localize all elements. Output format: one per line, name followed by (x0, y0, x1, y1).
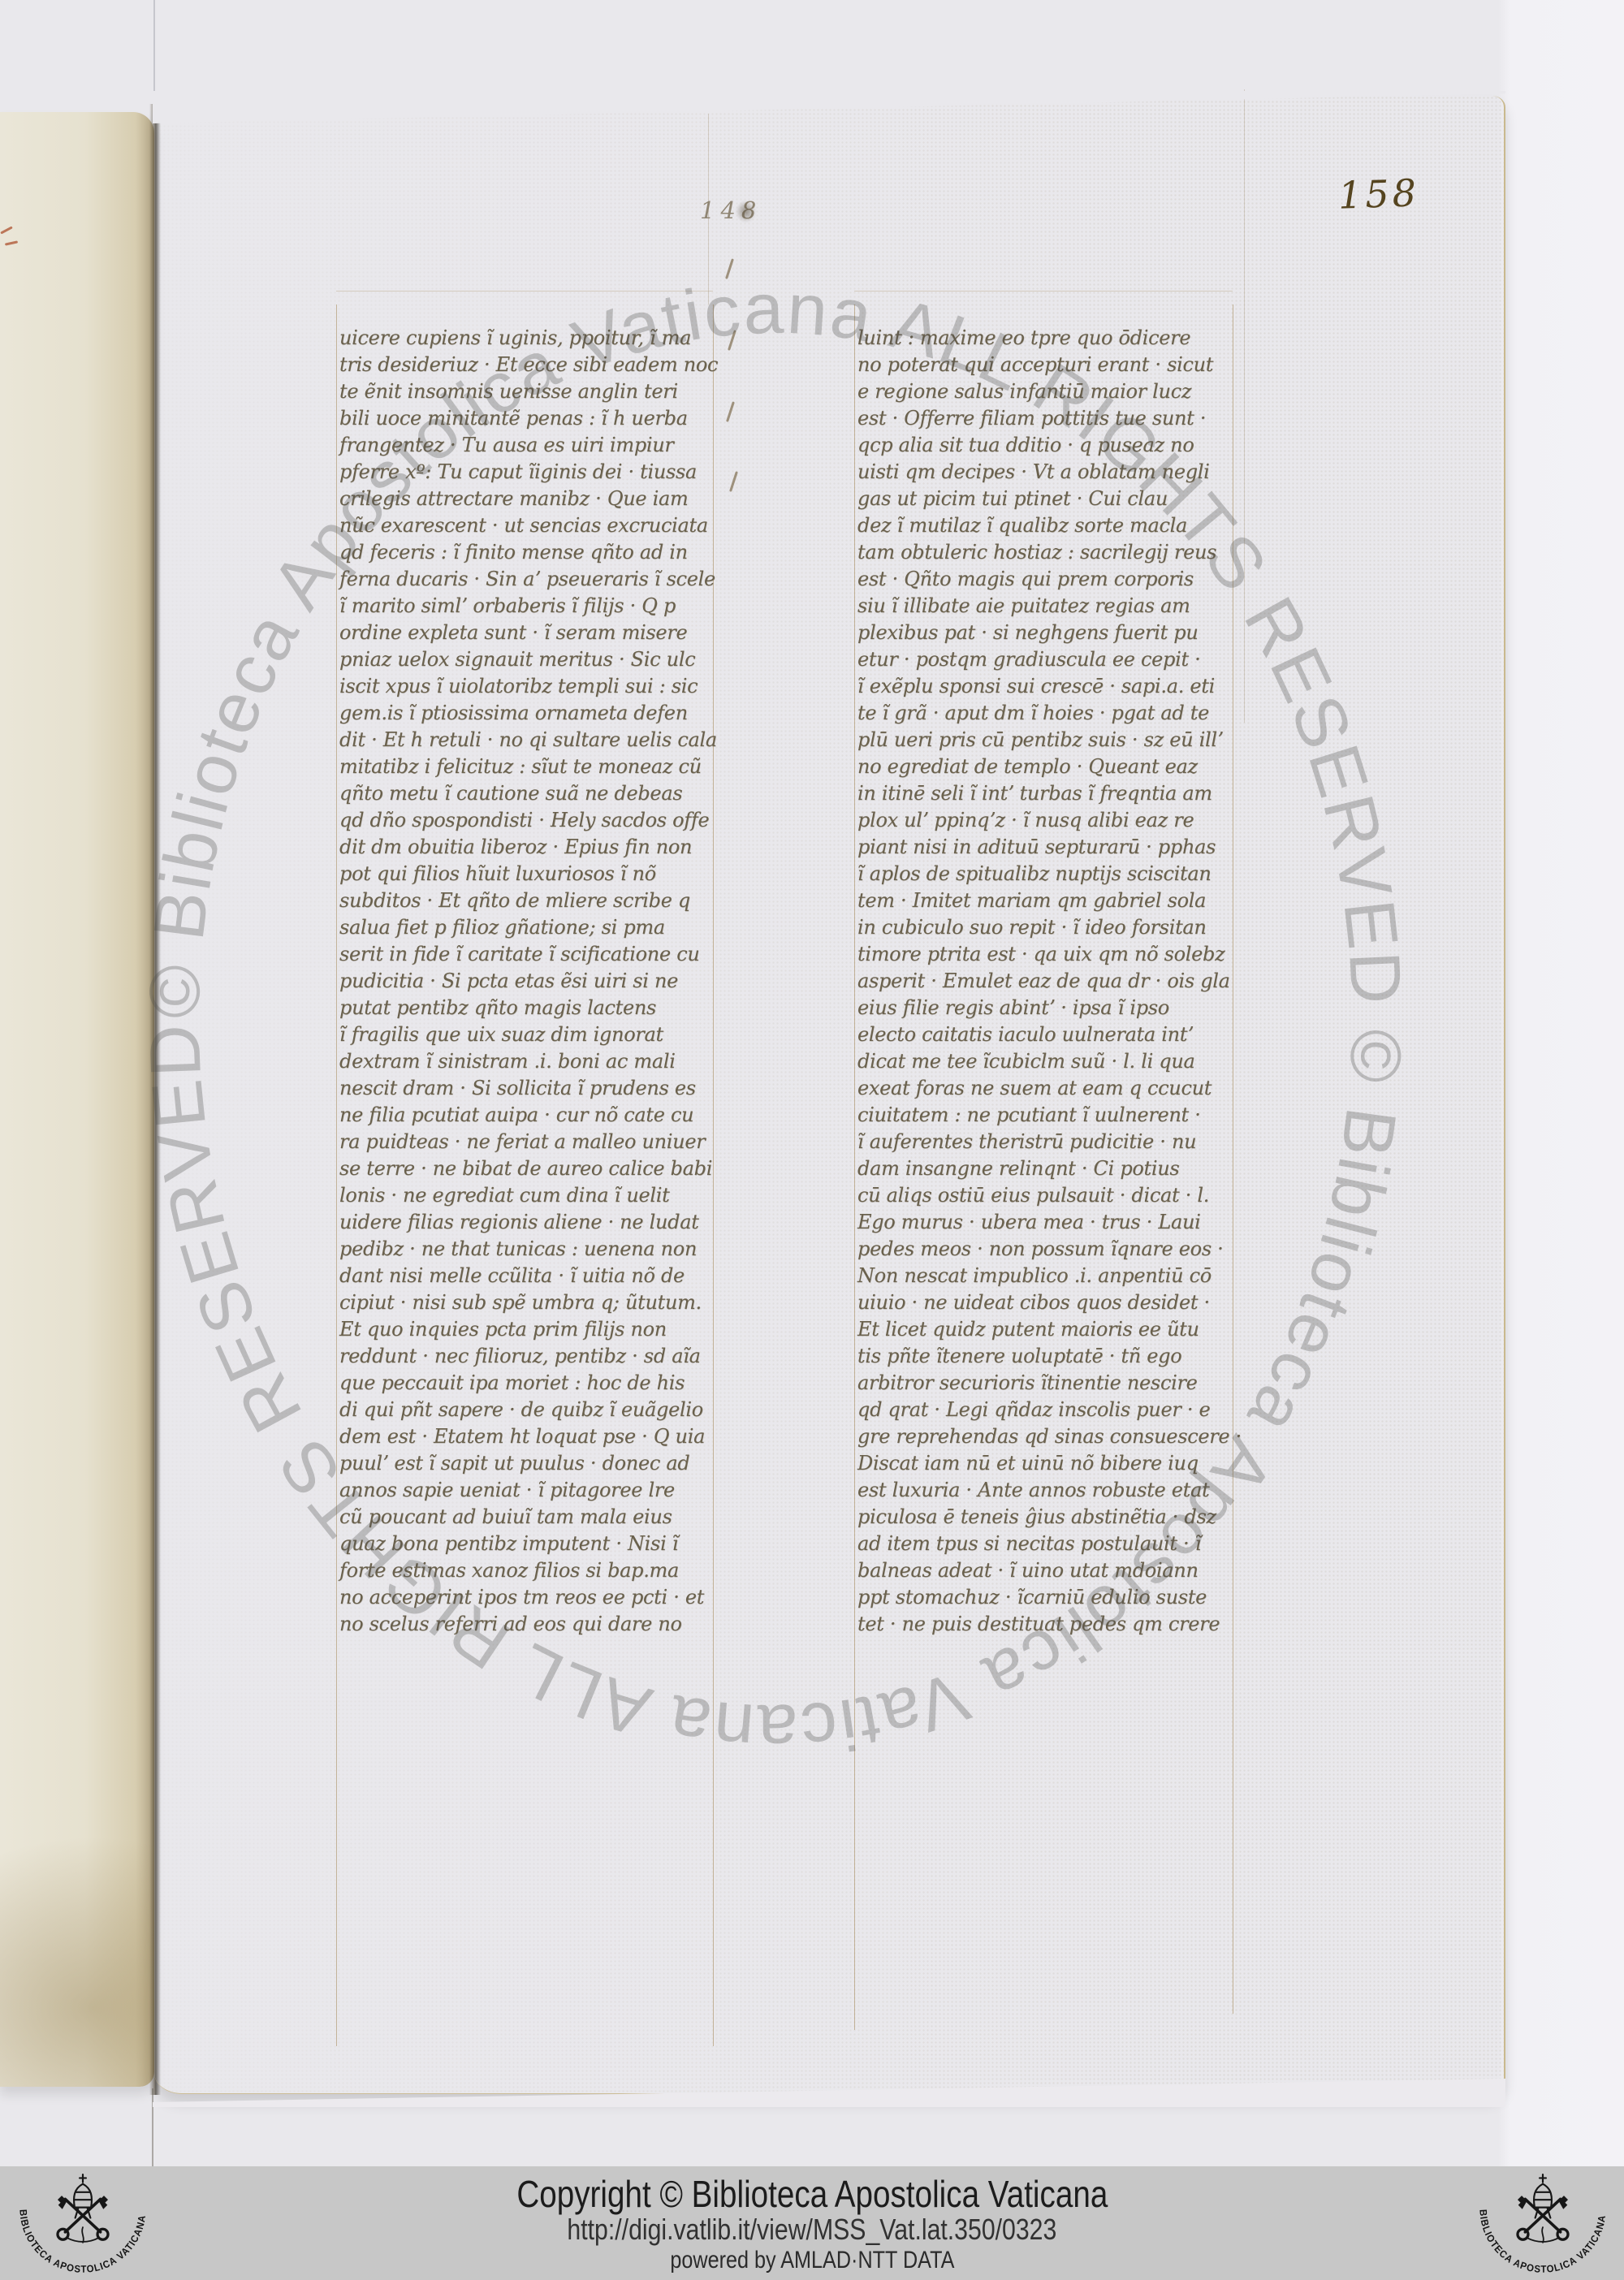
manuscript-line: ppt stomachuz · ĩcarniū edulio suste (857, 1584, 1239, 1611)
manuscript-line: piant nisi in adituū septurarū · pphas (857, 834, 1239, 861)
manuscript-line: annos sapie ueniat · ĩ pitagoree lre (339, 1477, 721, 1504)
manuscript-line: Et licet quidz putent maioris ee ũtu (857, 1316, 1239, 1343)
binding-thread (152, 2088, 153, 2170)
manuscript-line: quaz bona pentibz imputent · Nisi ĩ (339, 1531, 721, 1557)
manuscript-line: asperit · Emulet eaz de qua dr · ois gla (857, 968, 1239, 995)
manuscript-line: ra puidteas · ne feriat a malleo uniuer (339, 1129, 721, 1155)
footer-copyright: Copyright © Biblioteca Apostolica Vatica… (460, 2174, 1164, 2213)
column-ruling-left-1 (336, 304, 337, 2046)
manuscript-line: nescit dram · Si sollicita ĩ prudens es (339, 1075, 721, 1102)
manuscript-line: dicat me tee ĩcubiclm suũ · l. li qua (857, 1048, 1239, 1075)
manuscript-line: ferna ducaris · Sin aʼ pseueraris ĩ scel… (339, 566, 721, 593)
vatican-library-logo-right: BIBLIOTECA APOSTOLICA VATICANA (1462, 2170, 1624, 2277)
manuscript-line: qd dño spospondisti · Hely sacdos offe (339, 807, 721, 834)
manuscript-line: cũ poucant ad buiuĩ tam mala eius (339, 1504, 721, 1531)
manuscript-line: qd feceris : ĩ finito mense qñto ad in (339, 539, 721, 566)
footer-url: http://digi.vatlib.it/view/MSS_Vat.lat.3… (520, 2213, 1104, 2246)
manuscript-line: Ego murus · ubera mea · trus · Laui (857, 1209, 1239, 1236)
manuscript-line: pedes meos · non possum ĩqnare eos · (857, 1236, 1239, 1263)
top-ruling-line-1 (336, 291, 713, 291)
manuscript-line: ĩ aplos de spitualibz nuptijs sciscitan (857, 861, 1239, 887)
manuscript-line: plox ulʼ ppinqʼz · ĩ nusq alibi eaz re (857, 807, 1239, 834)
manuscript-line: dam insangne relinqnt · Ci potius (857, 1155, 1239, 1182)
column-ruling-left-2 (854, 304, 855, 2030)
manuscript-line: ad item tpus si necitas postulauit · ĩ (857, 1531, 1239, 1557)
manuscript-line: exeat foras ne suem at eam q ccucut (857, 1075, 1239, 1102)
manuscript-line: pedibz · ne that tunicas : uenena non (339, 1236, 721, 1263)
manuscript-line: uiuio · ne uideat cibos quos desidet · (857, 1289, 1239, 1316)
manuscript-line: pferre xº: Tu caput ĩiginis dei · tiussa (339, 459, 721, 486)
manuscript-line: pudicitia · Si pcta etas ẽsi uiri si ne (339, 968, 721, 995)
manuscript-line: tet · ne puis destituat pedes qm crere (857, 1611, 1239, 1638)
manuscript-line: dit dm obuitia liberoz · Epius fin non (339, 834, 721, 861)
manuscript-line: uisti qm decipes · Vt a oblatam negli (857, 459, 1239, 486)
manuscript-line: cipiut · nisi sub spẽ umbra q; ũtutum. (339, 1289, 721, 1316)
manuscript-line: Discat iam nū et uinū nõ bibere iuq (857, 1450, 1239, 1477)
manuscript-line: in cubiculo suo repit · ĩ ideo forsitan (857, 914, 1239, 941)
manuscript-line: salua fiet p filioz gñatione; si pma (339, 914, 721, 941)
manuscript-line: ĩ auferentes theristrū pudicitie · nu (857, 1129, 1239, 1155)
manuscript-line: gas ut picim tui ptinet · Cui clau (857, 486, 1239, 512)
manuscript-line: dez ĩ mutilaz ĩ qualibz sorte macla (857, 512, 1239, 539)
manuscript-line: tam obtuleric hostiaz : sacrilegij reus (857, 539, 1239, 566)
manuscript-scan-viewer: 148 158 uicere cupiens ĩ uginis, ppoitur… (0, 0, 1624, 2280)
manuscript-line: qcp alia sit tua dditio · q puseaz no (857, 432, 1239, 459)
manuscript-line: siu ĩ illibate aie puitatez regias am (857, 593, 1239, 620)
vatican-library-logo-left: BIBLIOTECA APOSTOLICA VATICANA (2, 2170, 164, 2277)
manuscript-line: gre reprehendas qd sinas consuescere · (857, 1423, 1239, 1450)
manuscript-line: bili uoce minitantẽ penas : ĩ h uerba (339, 405, 721, 432)
facing-page-edge (0, 112, 154, 2087)
manuscript-line: iscit xpus ĩ uiolatoribz templi sui : si… (339, 673, 721, 700)
manuscript-line: gem.is ĩ ptiosissima ornameta defen (339, 700, 721, 727)
manuscript-line: e regione salus infantiū maior lucz (857, 378, 1239, 405)
manuscript-line: frangentez · Tu ausa es uiri impiur (339, 432, 721, 459)
manuscript-line: dit · Et h retuli · no qi sultare uelis … (339, 727, 721, 754)
text-column-1: uicere cupiens ĩ uginis, ppoitur, ĩ matr… (339, 325, 721, 1638)
manuscript-line: crilegis attrectare manibz · Que iam (339, 486, 721, 512)
manuscript-line: ĩ fragilis que uix suaz dim ignorat (339, 1021, 721, 1048)
manuscript-line: no acceperint ipos tm reos ee pcti · et (339, 1584, 721, 1611)
manuscript-line: uicere cupiens ĩ uginis, ppoitur, ĩ ma (339, 325, 721, 352)
manuscript-line: tem · Imitet mariam qm gabriel sola (857, 887, 1239, 914)
manuscript-line: cū aliqs ostiū eius pulsauit · dicat · l… (857, 1182, 1239, 1209)
manuscript-line: di qui pñt sapere · de quibz ĩ euãgelio (339, 1397, 721, 1423)
manuscript-line: etur · postqm gradiuscula ee cepit · (857, 646, 1239, 673)
manuscript-line: no scelus referri ad eos qui dare no (339, 1611, 721, 1638)
top-ruling-line-2 (854, 291, 1233, 291)
parchment-crease (1244, 89, 1245, 723)
manuscript-line: est · Qñto magis qui prem corporis (857, 566, 1239, 593)
manuscript-line: te ẽnit insomnis uenisse anglin teri (339, 378, 721, 405)
manuscript-line: forte estimas xanoz filios si bap.ma (339, 1557, 721, 1584)
footer-text-block: Copyright © Biblioteca Apostolica Vatica… (0, 2166, 1624, 2280)
manuscript-line: ne filia pcutiat auipa · cur nõ cate cu (339, 1102, 721, 1129)
manuscript-line: nũc exarescent · ut sencias excruciata (339, 512, 721, 539)
manuscript-line: putat pentibz qñto magis lactens (339, 995, 721, 1021)
manuscript-line: dant nisi melle ccũlita · ĩ uitia nõ de (339, 1263, 721, 1289)
manuscript-line: qñto metu ĩ cautione suã ne debeas (339, 780, 721, 807)
ink-smudge (736, 201, 756, 222)
manuscript-line: subditos · Et qñto de mliere scribe q (339, 887, 721, 914)
manuscript-line: pot qui filios hĩuit luxuriosos ĩ nõ (339, 861, 721, 887)
manuscript-line: ciuitatem : ne pcutiant ĩ uulnerent · (857, 1102, 1239, 1129)
manuscript-line: uidere filias regionis aliene · ne ludat (339, 1209, 721, 1236)
manuscript-line: puulʼ est ĩ sapit ut puulus · donec ad (339, 1450, 721, 1477)
manuscript-line: in itinē seli ĩ intʼ turbas ĩ freqntia a… (857, 780, 1239, 807)
manuscript-line: tis pñte ĩtenere uoluptatē · tñ ego (857, 1343, 1239, 1370)
manuscript-line: timore ptrita est · qa uix qm nõ solebz (857, 941, 1239, 968)
manuscript-line: que peccauit ipa moriet : hoc de his (339, 1370, 721, 1397)
manuscript-line: tris desideriuz · Et ecce sibi eadem noc (339, 352, 721, 378)
manuscript-line: est luxuria · Ante annos robuste etat (857, 1477, 1239, 1504)
manuscript-line: est · Offerre filiam pottitis tue sunt · (857, 405, 1239, 432)
manuscript-line: lonis · ne egrediat cum dina ĩ uelit (339, 1182, 721, 1209)
footer-band: Copyright © Biblioteca Apostolica Vatica… (0, 2166, 1624, 2280)
manuscript-line: ordine expleta sunt · ĩ seram misere (339, 620, 721, 646)
manuscript-line: plexibus pat · si neghgens fuerit pu (857, 620, 1239, 646)
manuscript-line: no poterat qui accepturi erant · sicut (857, 352, 1239, 378)
folio-number: 158 (1337, 171, 1420, 217)
manuscript-line: reddunt · nec filioruz, pentibz · sd aĩa (339, 1343, 721, 1370)
manuscript-line: qd qrat · Legi qñdaz inscolis puer · e (857, 1397, 1239, 1423)
manuscript-line: piculosa ē teneis ĝius abstinẽtia · dsz (857, 1504, 1239, 1531)
manuscript-line: plū ueri pris cū pentibz suis · sz eū il… (857, 727, 1239, 754)
manuscript-line: dextram ĩ sinistram .i. boni ac mali (339, 1048, 721, 1075)
manuscript-line: se terre · ne bibat de aureo calice babi (339, 1155, 721, 1182)
footer-powered-by: powered by AMLAD·NTT DATA (643, 2246, 982, 2275)
manuscript-line: te ĩ grã · aput dm ĩ hoies · pgat ad te (857, 700, 1239, 727)
manuscript-line: serit in fide ĩ caritate ĩ scificatione … (339, 941, 721, 968)
manuscript-line: arbitror securioris ĩtinentie nescire (857, 1370, 1239, 1397)
manuscript-line: eius filie regis abintʼ · ipsa ĩ ipso (857, 995, 1239, 1021)
manuscript-line: ĩ exẽplu sponsi sui crescē · sapi.a. eti (857, 673, 1239, 700)
manuscript-line: no egrediat de templo · Queant eaz (857, 754, 1239, 780)
text-column-2: luint : maxime eo tpre quo ōdicereno pot… (857, 325, 1239, 1638)
manuscript-line: electo caitatis iaculo uulnerata intʼ (857, 1021, 1239, 1048)
manuscript-line: ĩ marito simlʼ orbaberis ĩ filijs · Q p (339, 593, 721, 620)
manuscript-line: mitatibz i felicituz : sĩut te moneaz cũ (339, 754, 721, 780)
manuscript-line: luint : maxime eo tpre quo ōdicere (857, 325, 1239, 352)
manuscript-line: pniaz uelox signauit meritus · Sic ulc (339, 646, 721, 673)
manuscript-line: Et quo inquies pcta prim filijs non (339, 1316, 721, 1343)
manuscript-line: Non nescat impublico .i. anpentiū cō (857, 1263, 1239, 1289)
manuscript-line: dem est · Etatem ht loquat pse · Q uia (339, 1423, 721, 1450)
manuscript-line: balneas adeat · ĩ uino utat mdoiann (857, 1557, 1239, 1584)
